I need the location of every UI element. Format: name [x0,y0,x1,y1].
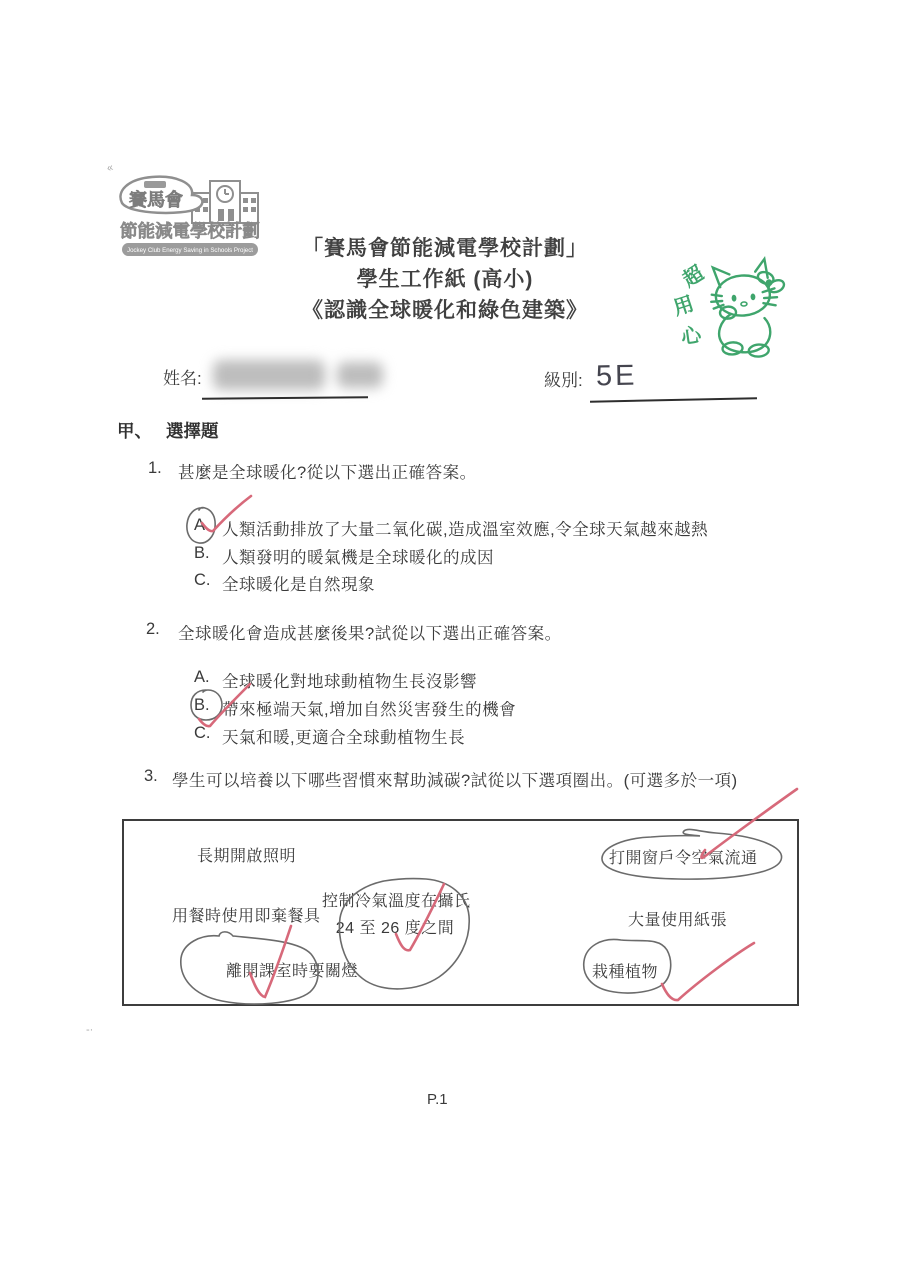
question-number: 1. [148,459,162,478]
name-label: 姓名: [163,364,202,389]
stamp-char-2: 用 [671,292,697,320]
option-c-text: 全球暖化是自然現象 [222,571,375,595]
page-number: P.1 [427,1091,448,1108]
option-b-text: 帶來極端天氣,增加自然災害發生的機會 [222,696,516,720]
stray-pencil-mark: « [106,161,115,174]
class-label: 級別: [544,366,583,391]
question-number: 3. [144,767,158,786]
worksheet-topic: 《認識全球暖化和綠色建築》 [190,295,700,326]
option-b-label: B. [194,544,220,563]
option-a-label: A. [194,516,220,535]
option-b-text: 人類發明的暖氣機是全球暖化的成因 [222,544,494,568]
student-name-redacted [205,352,395,400]
worksheet-header: 「賽馬會節能減電學校計劃」 學生工作紙 (高小) 《認識全球暖化和綠色建築》 [190,233,700,326]
worksheet-page: 賽馬會 節能減電學校計劃 Jockey Club Energy Saving i… [0,0,905,1280]
habit-option-paper: 大量使用紙張 [628,907,727,930]
stamp-char-3: 心 [680,323,704,349]
habit-option-lighting: 長期開啟照明 [197,843,296,866]
question-text: 學生可以培養以下哪些習慣來幫助減碳?試從以下選項圈出。(可選多於一項) [172,767,738,791]
stamp-text: 超 用 心 [668,260,712,350]
class-underline [590,397,757,402]
option-a-label: A. [194,668,220,687]
habit-option-ac-temp-line2: 24 至 26 度之間 [322,915,468,938]
class-value-handwritten: 5E [596,360,638,394]
habit-option-ac-temp-line1: 控制冷氣溫度在攝氏 [322,888,468,911]
section-title: 選擇題 [166,418,219,443]
club-name-banner: 賽馬會 [120,177,202,213]
section-prefix: 甲、 [117,418,152,443]
option-c-label: C. [194,724,220,743]
worksheet-subtitle: 學生工作紙 (高小) [190,264,700,295]
stray-pencil-mark: -· [86,1024,93,1036]
option-a-text: 全球暖化對地球動植物生長沒影響 [222,668,477,692]
program-title: 「賽馬會節能減電學校計劃」 [190,233,700,264]
question-number: 2. [146,620,160,639]
question-text: 全球暖化會造成甚麼後果?試從以下選出正確答案。 [178,620,562,644]
option-b-label: B. [194,696,220,715]
habit-option-disposable-tableware: 用餐時使用即棄餐具 [172,903,321,926]
habit-option-lights-off: 離開課室時要關燈 [226,958,358,981]
hello-kitty-stamp: 超 用 心 [662,251,811,373]
option-a-text: 人類活動排放了大量二氧化碳,造成溫室效應,令全球天氣越來越熱 [222,516,708,540]
habit-option-open-windows: 打開窗戶令空氣流通 [609,845,758,868]
logo-club-name: 賽馬會 [129,189,183,210]
stamp-char-1: 超 [678,261,708,292]
question-text: 甚麼是全球暖化?從以下選出正確答案。 [178,459,477,483]
option-c-label: C. [194,571,220,590]
habit-option-plants: 栽種植物 [592,959,658,982]
option-c-text: 天氣和暖,更適合全球動植物生長 [222,724,465,748]
stamp-eyes-nose [731,293,756,307]
